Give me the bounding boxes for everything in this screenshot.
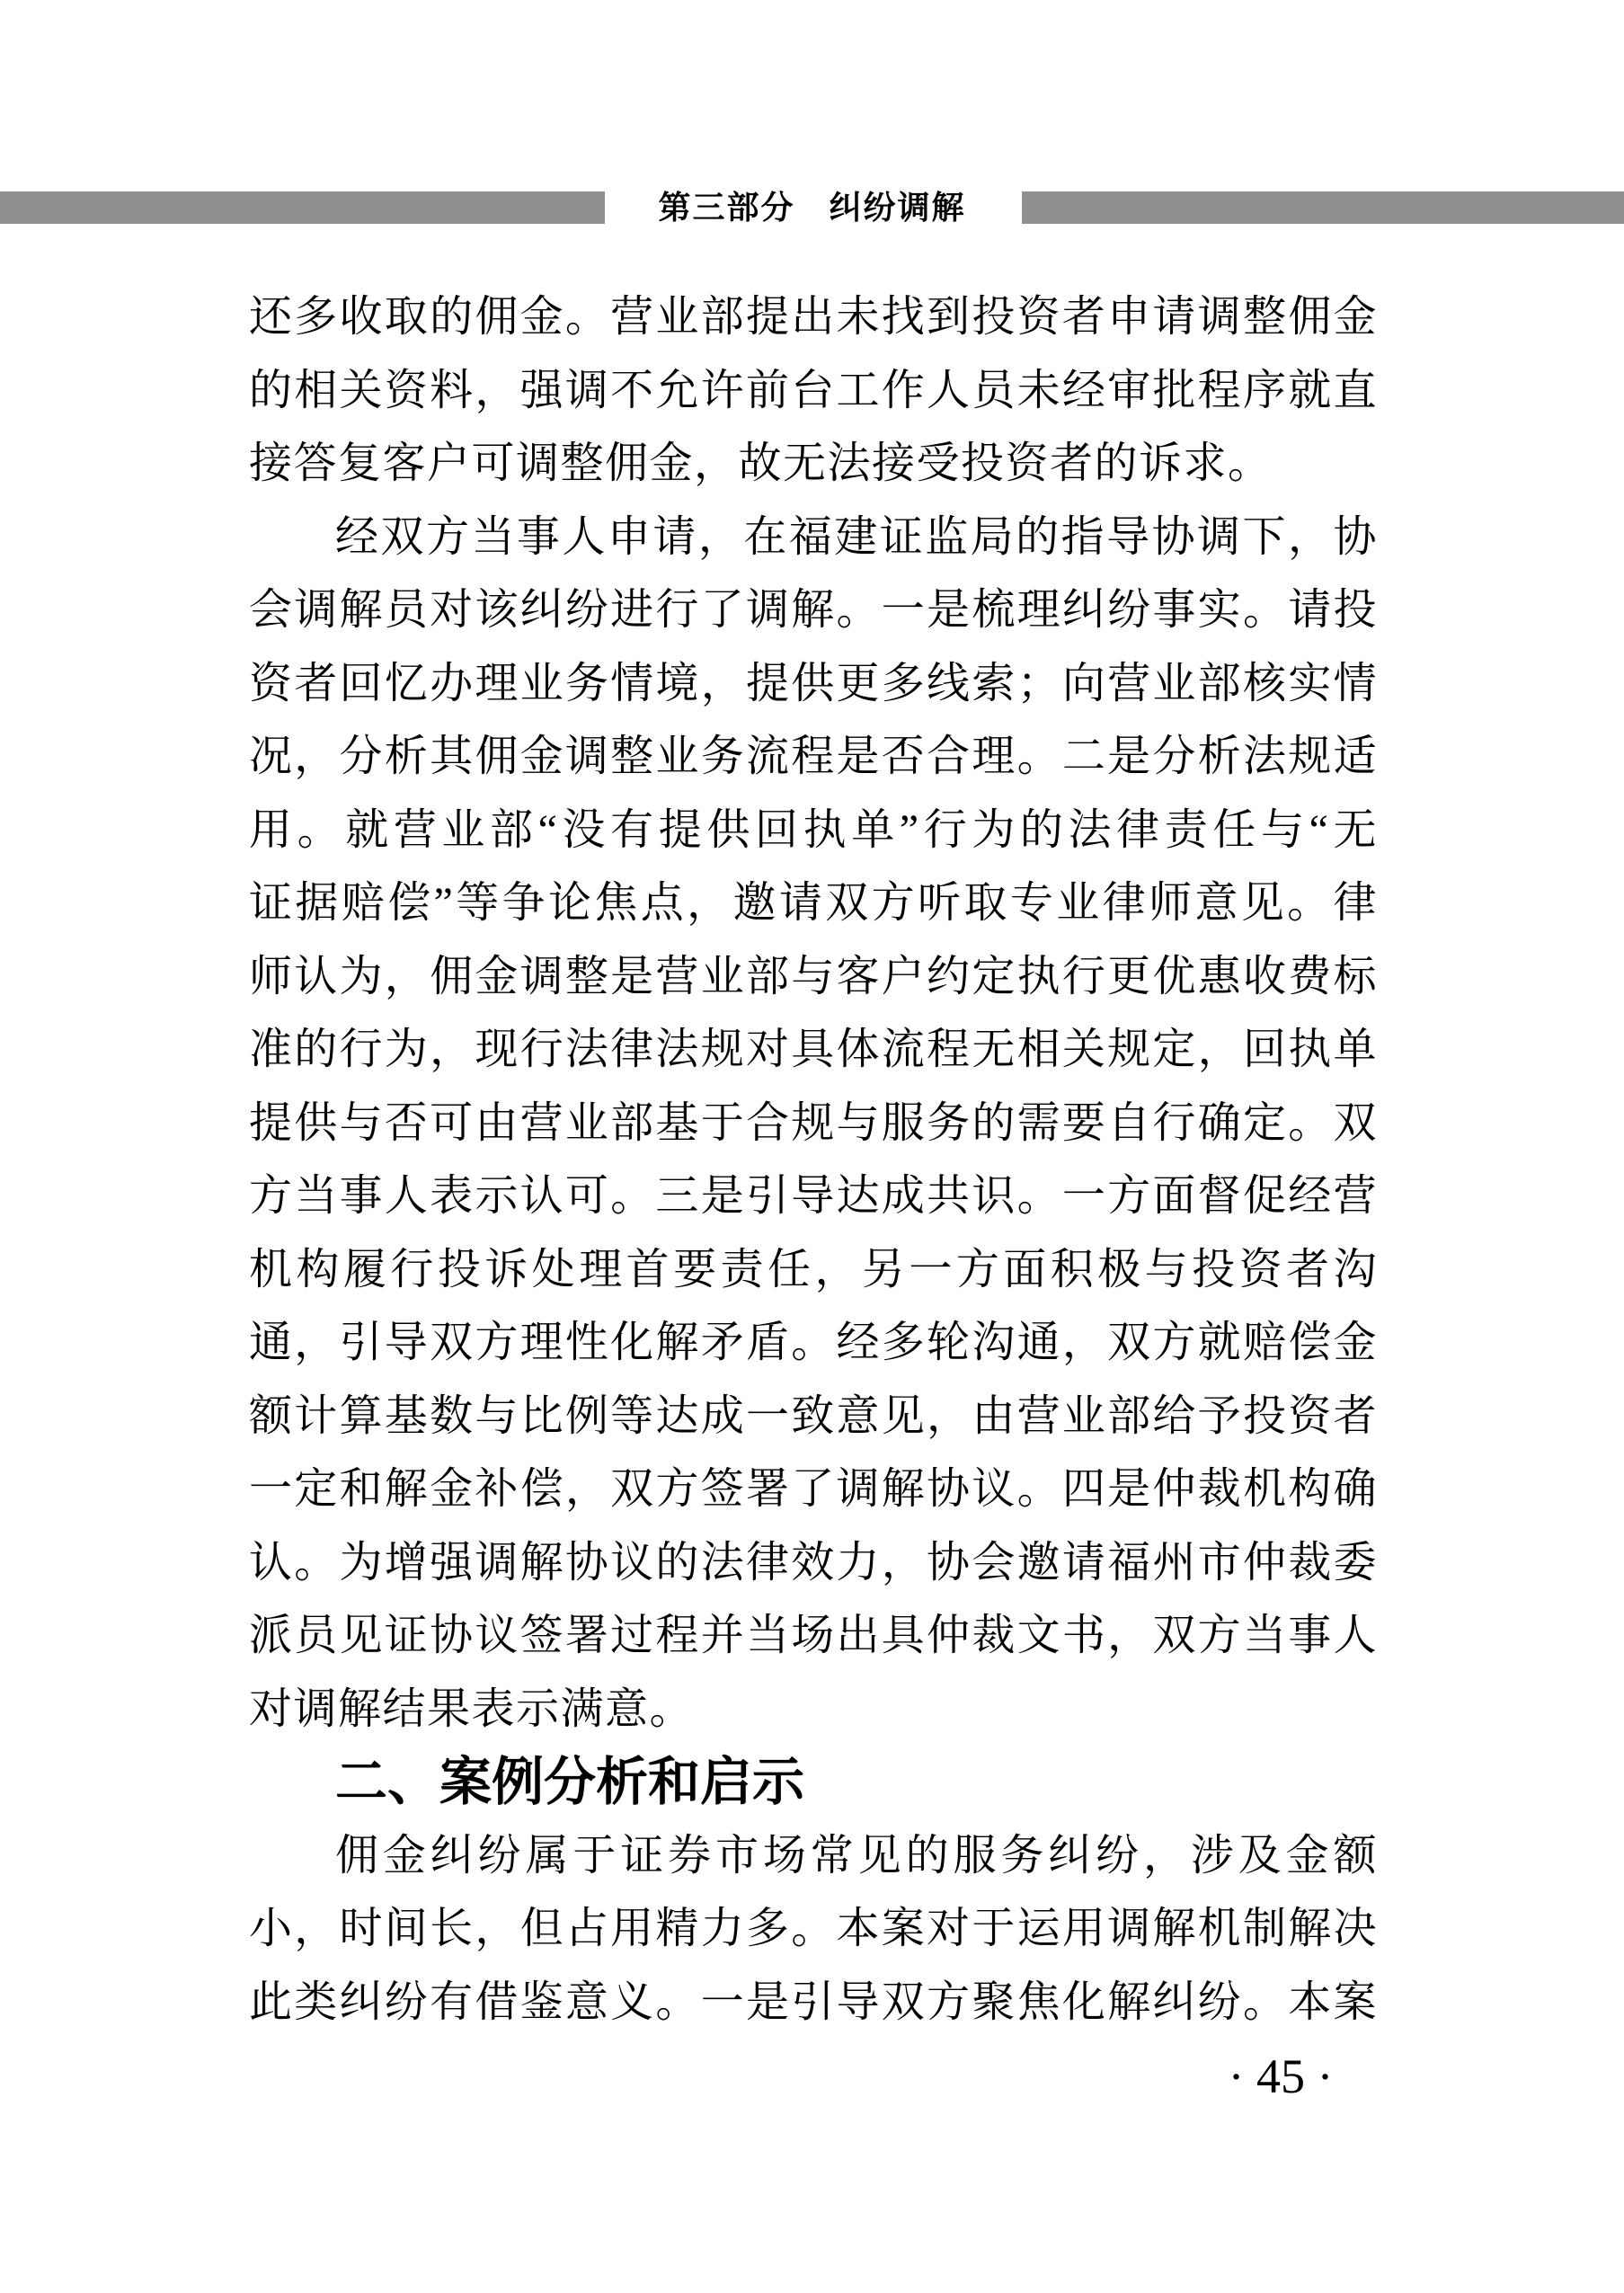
text-line: 资者回忆办理业务情境，提供更多线索；向营业部核实情	[249, 647, 1378, 721]
text-line: 认。为增强调解协议的法律效力，协会邀请福州市仲裁委	[249, 1526, 1378, 1600]
book-page: 第三部分 纠纷调解 还多收取的佣金。营业部提出未找到投资者申请调整佣金的相关资料…	[0, 0, 1624, 2293]
text-line: 佣金纠纷属于证券市场常见的服务纠纷，涉及金额	[249, 1819, 1378, 1893]
body-text-block: 还多收取的佣金。营业部提出未找到投资者申请调整佣金的相关资料，强调不允许前台工作…	[249, 280, 1378, 2039]
text-line: 况，分析其佣金调整业务流程是否合理。二是分析法规适	[249, 720, 1378, 794]
text-line: 的相关资料，强调不允许前台工作人员未经审批程序就直	[249, 354, 1378, 428]
text-line: 小，时间长，但占用精力多。本案对于运用调解机制解决	[249, 1892, 1378, 1966]
text-line: 此类纠纷有借鉴意义。一是引导双方聚焦化解纠纷。本案	[249, 1966, 1378, 2040]
running-head-title: 第三部分 纠纷调解	[0, 176, 1624, 239]
text-line: 接答复客户可调整佣金，故无法接受投资者的诉求。	[249, 427, 1378, 501]
text-line: 一定和解金补偿，双方签署了调解协议。四是仲裁机构确	[249, 1453, 1378, 1526]
page-number: · 45 ·	[1204, 2048, 1357, 2105]
text-line: 通，引导双方理性化解矛盾。经多轮沟通，双方就赔偿金	[249, 1306, 1378, 1380]
text-line: 准的行为，现行法律法规对具体流程无相关规定，回执单	[249, 1013, 1378, 1087]
text-line: 证据赔偿”等争论焦点，邀请双方听取专业律师意见。律	[249, 867, 1378, 940]
text-line: 经双方当事人申请，在福建证监局的指导协调下，协	[249, 501, 1378, 574]
text-line: 还多收取的佣金。营业部提出未找到投资者申请调整佣金	[249, 280, 1378, 354]
section-heading: 二、案例分析和启示	[249, 1746, 1378, 1819]
text-line: 方当事人表示认可。三是引导达成共识。一方面督促经营	[249, 1160, 1378, 1233]
text-line: 师认为，佣金调整是营业部与客户约定执行更优惠收费标	[249, 940, 1378, 1014]
text-line: 提供与否可由营业部基于合规与服务的需要自行确定。双	[249, 1087, 1378, 1160]
text-line: 额计算基数与比例等达成一致意见，由营业部给予投资者	[249, 1380, 1378, 1453]
text-line: 对调解结果表示满意。	[249, 1673, 1378, 1746]
text-line: 派员见证协议签署过程并当场出具仲裁文书，双方当事人	[249, 1599, 1378, 1673]
text-line: 会调解员对该纠纷进行了调解。一是梳理纠纷事实。请投	[249, 573, 1378, 647]
text-line: 用。就营业部“没有提供回执单”行为的法律责任与“无	[249, 794, 1378, 867]
text-line: 机构履行投诉处理首要责任，另一方面积极与投资者沟	[249, 1233, 1378, 1307]
